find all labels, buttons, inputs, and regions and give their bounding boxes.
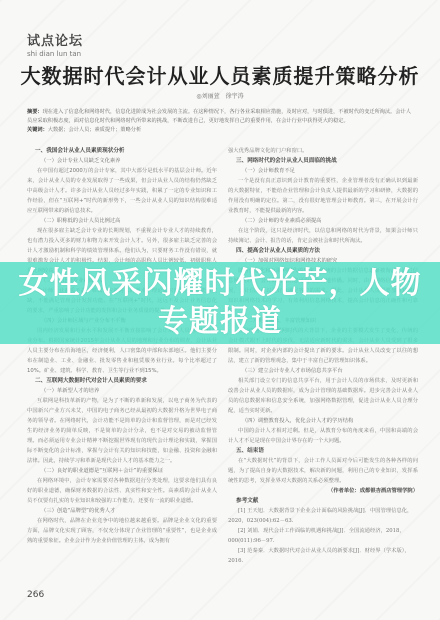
abstract-text: 现在进入了信息化和网络时代，信息化进阶成为社会发展的主流。在这种情况下，各行各业… bbox=[27, 109, 411, 124]
subsection-heading: （三）建立会计专业人才市场信息共享平台 bbox=[228, 366, 418, 376]
article-title: 大数据时代会计从业人员素质提升策略分析 bbox=[0, 60, 440, 89]
column-header: 试点论坛 shi dian lun tan bbox=[27, 30, 83, 58]
subsection-heading: （三）创造“品牌型”的优秀人才 bbox=[27, 506, 217, 516]
paragraph: 强大优秀品牌文化的门户和窗口。 bbox=[228, 146, 418, 156]
keywords-label: 关键词： bbox=[27, 127, 48, 133]
paragraph: 相关部门设立专门的信息共享平台，用于会计人员的市场供求，及时更新和改善会计从业人… bbox=[228, 376, 418, 416]
subsection-heading: （二）会计师的专业素质必须提高 bbox=[228, 216, 418, 226]
section-heading: 二、互联网大数据时代对会计人员素质的要求 bbox=[27, 376, 217, 386]
section-heading: 参考文献 bbox=[228, 496, 418, 506]
column-pinyin: shi dian lun tan bbox=[27, 50, 83, 58]
article-authors: ◎刘丽萱 徐宇涛 bbox=[0, 91, 440, 100]
reference-entry: [2] 刘娟．现代会计工作面临的机遇和挑战[J]．全国流通经济，2018，000… bbox=[228, 526, 418, 546]
column-name: 试点论坛 bbox=[27, 30, 83, 49]
subsection-heading: （一）革新型人才的培养 bbox=[27, 386, 217, 396]
reference-entry: [1] 王天旭．大数据背景下企业会计面临的风险挑战[J]．中国管理信息化，202… bbox=[228, 506, 418, 526]
right-column: 强大优秀品牌文化的门户和窗口。三、网络时代的会计从业人员面临的挑战（一）会计师教… bbox=[228, 146, 418, 566]
abstract-label: 摘要： bbox=[27, 109, 43, 115]
paragraph: 中国的会计人才相对过剩。但是，从教育分布的角度来看，中国和高端的会计人才不足是现… bbox=[228, 426, 418, 446]
paragraph: 在网络时代，品牌在企业竞争中的地位越来越重要。品牌是企业文化的重要方面，品牌文化… bbox=[27, 516, 217, 546]
subsection-heading: （一）会计专业人员缺乏文化素养 bbox=[27, 156, 217, 166]
paragraph: 互联网是科技革新的产物，是为了不断的革新和发展，以电子商务为代表的中国新兴产业方… bbox=[27, 396, 217, 466]
paragraph: 在“大数据时代”的背景下，会计工作人员面对今后可能发生的各种各样的问题，为了提高… bbox=[228, 456, 418, 486]
reference-entry: [3] 范秦秦．大数据时代对会计从业人员的新要求[J]．财经界（学术版），201… bbox=[228, 546, 418, 566]
paragraph: 一个是没有真正意识到会计教育的重要性，企业管理者没有正确认识到最新的大数据特征，… bbox=[228, 176, 418, 216]
subsection-heading: （一）会计师教育不足 bbox=[228, 166, 418, 176]
section-heading: 三、网络时代的会计从业人员面临的挑战 bbox=[228, 156, 418, 166]
abstract-block: 摘要：现在进入了信息化和网络时代，信息化进阶成为社会发展的主流。在这种情况下，各… bbox=[27, 108, 413, 135]
banner-headline[interactable]: 女性风采闪耀时代光芒，人物专题报道 bbox=[10, 265, 430, 341]
section-heading: 四、提高会计从业人员素质的方法 bbox=[228, 246, 418, 256]
left-column: 一、我国会计从业人员素质现状分析（一）会计专业人员缺乏文化素养在中国有超过200… bbox=[27, 146, 217, 546]
paragraph: 在网络环境中，会计专家需要对各种数据进行分类处理，这要求他们具有良好的职业道德，… bbox=[27, 476, 217, 506]
subsection-heading: （四）调整教育投入，优化会计人才的学历结构 bbox=[228, 416, 418, 426]
subsection-heading: （二）良好的职业道德是“互联网＋会计”的重要保证 bbox=[27, 466, 217, 476]
section-heading: 五、结束语 bbox=[228, 446, 418, 456]
subsection-heading: （二）职称低的会计人员比例过高 bbox=[27, 216, 217, 226]
section-heading: 一、我国会计从业人员素质现状分析 bbox=[27, 146, 217, 156]
page-number: 266 bbox=[27, 590, 44, 600]
paragraph: 在中国有超过2000万的会计专家，其中大部分是低水平的基层会计师。近年来，会计从… bbox=[27, 166, 217, 216]
paragraph: 在这个阶段，这只是经济时代，以信息和网络的时代为背景，如果会计师只持续簿记、会计… bbox=[228, 226, 418, 246]
author-affiliation: （作者单位：成都银杏酒店管理学院） bbox=[228, 486, 418, 496]
keywords-text: 大数据；会计人员；素质提升；策略分析 bbox=[48, 127, 141, 133]
promo-banner[interactable]: 女性风采闪耀时代光芒，人物专题报道 bbox=[0, 262, 440, 344]
